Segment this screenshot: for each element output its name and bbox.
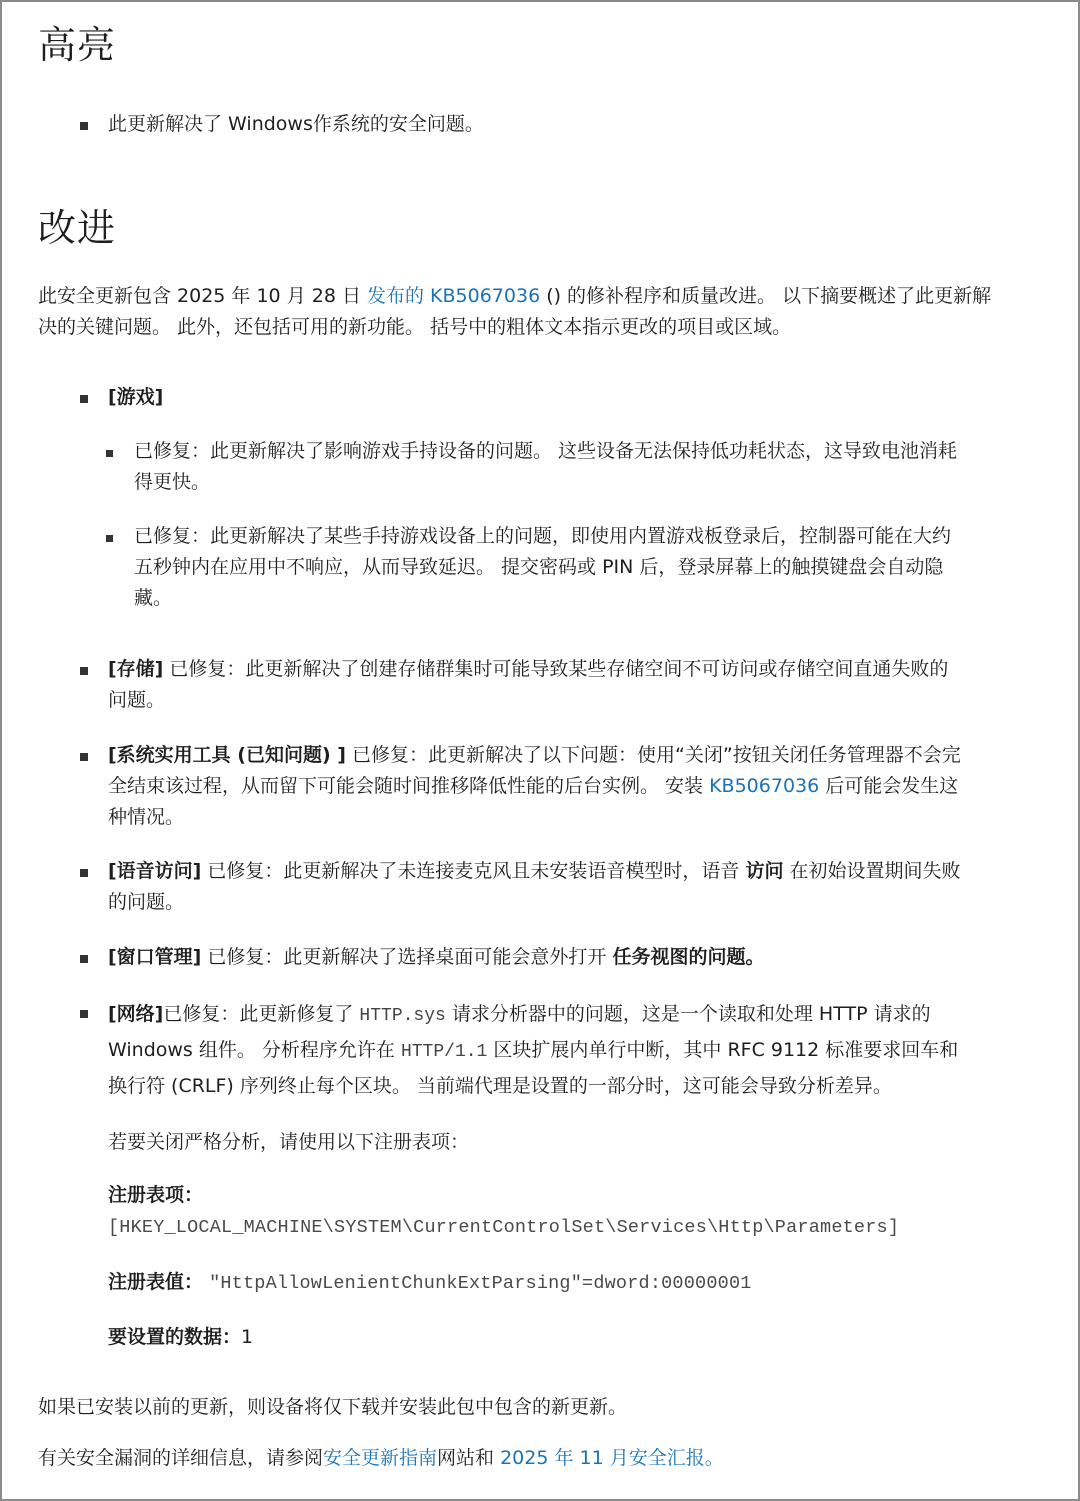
gaming-fix-1-line2: 得更快。 xyxy=(134,467,1044,498)
networking-item: [网络]已修复：此更新修复了 HTTP.sys 请求分析器中的问题，这是一个读取… xyxy=(108,997,1048,1103)
bullet-icon xyxy=(80,667,88,675)
highlights-heading: 高亮 xyxy=(38,22,116,68)
improvements-heading: 改进 xyxy=(38,205,116,251)
registry-value-value: "HttpAllowLenientChunkExtParsing"=dword:… xyxy=(209,1273,752,1294)
security-note: 有关安全漏洞的详细信息，请参阅安全更新指南网站和 2025 年 11 月安全汇报… xyxy=(38,1443,724,1474)
voice-access-label: [语音访问] xyxy=(108,860,201,882)
system-tools-label: [系统实用工具 (已知问题) ] xyxy=(108,744,346,766)
voice-access-text-line2: 的问题。 xyxy=(108,887,1048,918)
intro-text-1: 此安全更新包含 2025 年 10 月 28 日 xyxy=(38,285,367,307)
registry-key-label: 注册表项： xyxy=(108,1184,203,1206)
registry-value-label: 注册表值： xyxy=(108,1271,203,1293)
storage-text: 已修复：此更新解决了创建存储群集时可能导致某些存储空间不可访问或存储空间直通失败… xyxy=(163,658,948,680)
bullet-icon xyxy=(80,122,88,130)
bullet-icon xyxy=(80,869,88,877)
window-management-bold: 任务视图的问题。 xyxy=(612,946,764,968)
system-tools-text-3: 后可能会发生这 xyxy=(819,775,958,797)
window-management-label: [窗口管理] xyxy=(108,946,201,968)
voice-access-bold: 访问 xyxy=(745,860,783,882)
security-note-text-2: 网站和 xyxy=(437,1447,500,1469)
gaming-fix-1-line1: 已修复：此更新解决了影响游戏手持设备的问题。 这些设备无法保持低功耗状态，这导致… xyxy=(134,436,1044,467)
voice-access-text: 已修复：此更新解决了未连接麦克风且未安装语音模型时，语音 xyxy=(201,860,745,882)
gaming-fix-2-line2: 五秒钟内在应用中不响应，从而导致延迟。 提交密码或 PIN 后，登录屏幕上的触摸… xyxy=(134,552,1044,583)
gaming-fix-2: 已修复：此更新解决了某些手持游戏设备上的问题，即使用内置游戏板登录后，控制器可能… xyxy=(134,521,1044,614)
security-note-text: 有关安全漏洞的详细信息，请参阅 xyxy=(38,1447,323,1469)
storage-item: [存储] 已修复：此更新解决了创建存储群集时可能导致某些存储空间不可访问或存储空… xyxy=(108,654,1048,716)
registry-value-row: 注册表值： "HttpAllowLenientChunkExtParsing"=… xyxy=(108,1267,752,1299)
sub-bullet-icon xyxy=(106,535,113,542)
networking-text-3: Windows 组件。 分析程序允许在 xyxy=(108,1039,401,1061)
disable-instruction: 若要关闭严格分析，请使用以下注册表项： xyxy=(108,1127,469,1158)
storage-text-line2: 问题。 xyxy=(108,685,1048,716)
gaming-fix-2-line3: 藏。 xyxy=(134,583,1044,614)
kb5067036-link[interactable]: KB5067036 xyxy=(709,775,819,797)
voice-access-text-2: 在初始设置期间失败 xyxy=(783,860,960,882)
registry-key-value: [HKEY_LOCAL_MACHINE\SYSTEM\CurrentContro… xyxy=(108,1212,899,1243)
bullet-icon xyxy=(80,1010,88,1018)
system-tools-text: 已修复：此更新解决了以下问题：使用“关闭”按钮关闭任务管理器不会完 xyxy=(346,744,961,766)
security-bulletin-link[interactable]: 2025 年 11 月安全汇报。 xyxy=(500,1447,724,1469)
bullet-icon xyxy=(80,955,88,963)
improvements-intro: 此安全更新包含 2025 年 10 月 28 日 发布的 KB5067036 (… xyxy=(38,281,1048,343)
highlight-item: 此更新解决了 Windows作系统的安全问题。 xyxy=(108,109,484,140)
http-sys-code: HTTP.sys xyxy=(359,1006,445,1026)
gaming-fix-1: 已修复：此更新解决了影响游戏手持设备的问题。 这些设备无法保持低功耗状态，这导致… xyxy=(134,436,1044,498)
window-management-item: [窗口管理] 已修复：此更新解决了选择桌面可能会意外打开 任务视图的问题。 xyxy=(108,942,1048,973)
networking-label: [网络] xyxy=(108,1003,163,1025)
data-to-set-value: 1 xyxy=(241,1326,253,1348)
bullet-icon xyxy=(80,395,88,403)
kb5067036-release-link[interactable]: 发布的 KB5067036 xyxy=(367,285,540,307)
networking-text-line3: 换行符 (CRLF) 序列终止每个区块。 当前端代理是设置的一部分时，这可能会导… xyxy=(108,1069,1048,1103)
voice-access-item: [语音访问] 已修复：此更新解决了未连接麦克风且未安装语音模型时，语音 访问 在… xyxy=(108,856,1048,918)
window-management-text: 已修复：此更新解决了选择桌面可能会意外打开 xyxy=(201,946,612,968)
data-to-set-row: 要设置的数据：1 xyxy=(108,1322,253,1353)
security-update-guide-link[interactable]: 安全更新指南 xyxy=(323,1447,437,1469)
intro-text-2: () 的修补程序和质量改进。 以下摘要概述了此更新解 xyxy=(540,285,991,307)
sub-bullet-icon xyxy=(106,450,113,457)
system-tools-item: [系统实用工具 (已知问题) ] 已修复：此更新解决了以下问题：使用“关闭”按钮… xyxy=(108,740,1048,833)
networking-text-4: 区块扩展内单行中断，其中 RFC 9112 标准要求回车和 xyxy=(487,1039,958,1061)
intro-text-line2: 决的关键问题。 此外，还包括可用的新功能。 括号中的粗体文本指示更改的项目或区域… xyxy=(38,312,1048,343)
networking-text-2: 请求分析器中的问题，这是一个读取和处理 HTTP 请求的 xyxy=(446,1003,931,1025)
storage-label: [存储] xyxy=(108,658,163,680)
data-to-set-label: 要设置的数据： xyxy=(108,1326,241,1348)
system-tools-text-2: 全结束该过程，从而留下可能会随时间推移降低性能的后台实例。 安装 xyxy=(108,775,709,797)
http-version-code: HTTP/1.1 xyxy=(401,1042,487,1062)
gaming-fix-2-line1: 已修复：此更新解决了某些手持游戏设备上的问题，即使用内置游戏板登录后，控制器可能… xyxy=(134,521,1044,552)
document-page: 高亮 此更新解决了 Windows作系统的安全问题。 改进 此安全更新包含 20… xyxy=(0,0,1080,1501)
bullet-icon xyxy=(80,753,88,761)
install-note: 如果已安装以前的更新，则设备将仅下载并安装此包中包含的新更新。 xyxy=(38,1392,627,1423)
networking-text: 已修复：此更新修复了 xyxy=(163,1003,359,1025)
gaming-label: [游戏] xyxy=(108,386,163,408)
system-tools-text-line3: 种情况。 xyxy=(108,802,1048,833)
